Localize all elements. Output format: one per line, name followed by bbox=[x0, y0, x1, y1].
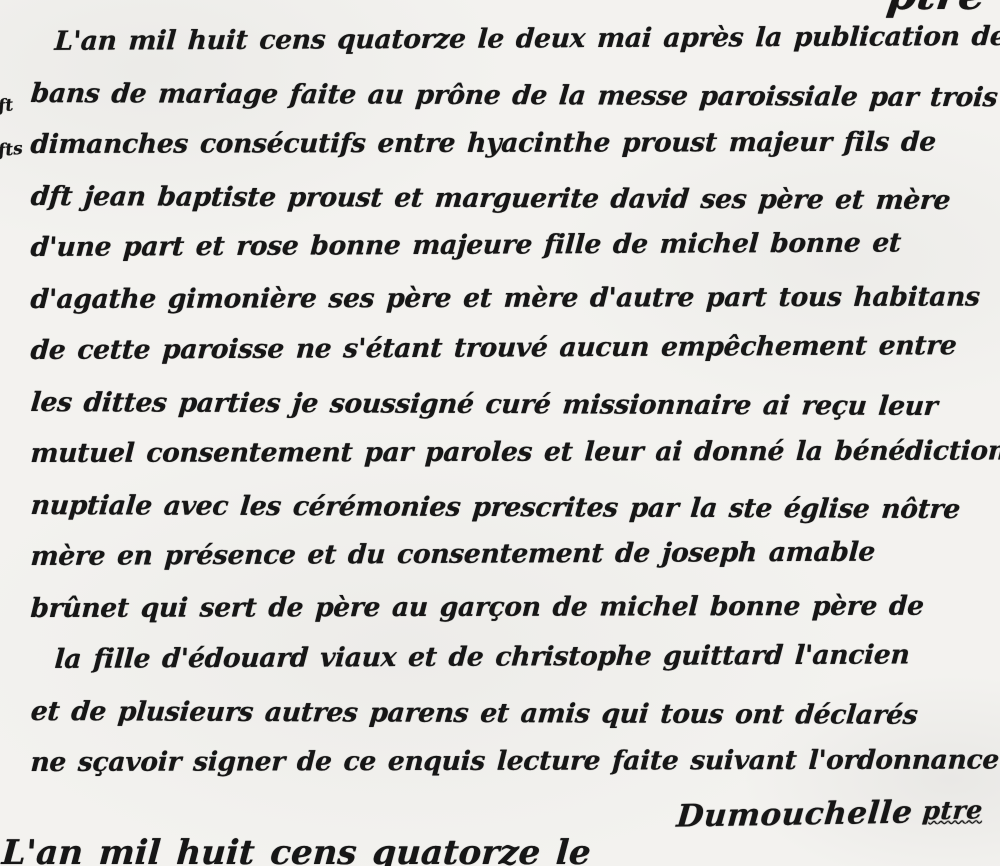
signature-name: Dumouchelle bbox=[675, 795, 914, 835]
previous-entry-signature-fragment: ptre bbox=[885, 0, 990, 19]
text-line: et de plusieurs autres parens et amis qu… bbox=[28, 696, 998, 752]
next-entry-fragment: L'an mil huit cens quatorze le bbox=[1, 833, 592, 866]
signature-title: ptre bbox=[921, 795, 984, 825]
margin-mark: fts bbox=[0, 139, 24, 161]
text-line: de cette paroisse ne s'étant trouvé aucu… bbox=[28, 330, 998, 387]
text-line: dimanches consécutifs entre hyacinthe pr… bbox=[29, 126, 998, 180]
text-line: les dittes parties je soussigné curé mis… bbox=[28, 387, 998, 443]
document-page: ptre ft fts L'an mil huit cens quatorze … bbox=[0, 0, 1000, 866]
text-line: mère en présence et du consentement de j… bbox=[28, 536, 998, 593]
text-line: L'an mil huit cens quatorze le deux mai … bbox=[28, 21, 998, 78]
text-line: d'une part et rose bonne majeure fille d… bbox=[28, 227, 998, 284]
margin-mark: ft bbox=[0, 95, 14, 116]
text-line: d'agathe gimonière ses père et mère d'au… bbox=[29, 281, 998, 335]
text-line: la fille d'édouard viaux et de christoph… bbox=[28, 639, 998, 696]
text-line: brûnet qui sert de père au garçon de mic… bbox=[29, 590, 998, 644]
text-line: mutuel consentement par paroles et leur … bbox=[29, 435, 998, 489]
text-line: ne sçavoir signer de ce enquis lecture f… bbox=[29, 744, 998, 798]
handwritten-text-block: L'an mil huit cens quatorze le deux mai … bbox=[30, 26, 996, 799]
signature: Dumouchelleptre bbox=[675, 793, 984, 834]
text-line: bans de mariage faite au prône de la mes… bbox=[28, 78, 998, 134]
